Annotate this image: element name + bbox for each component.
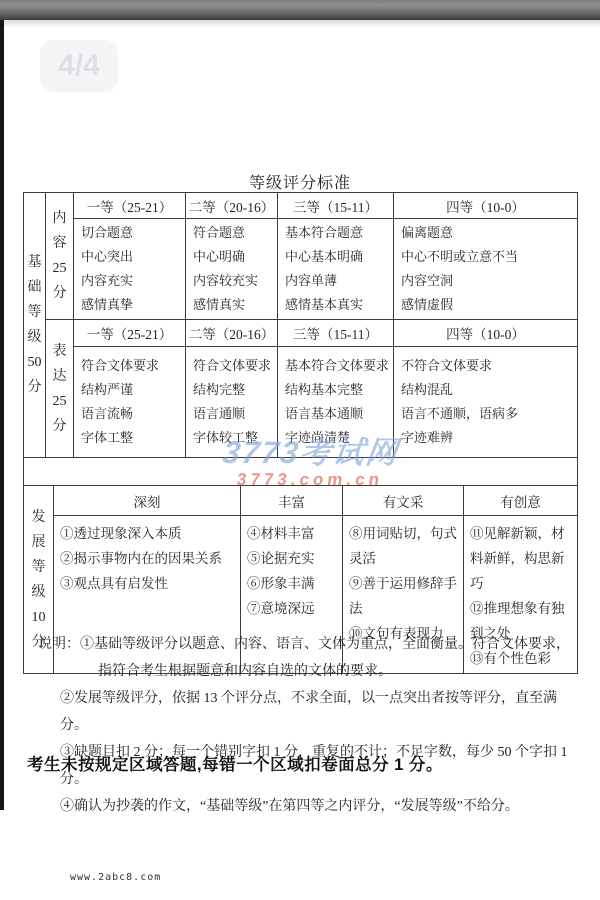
note-item-2: ②发展等级评分，依据 13 个评分点，不求全面，以一点突出者按等评分，直至满分。 bbox=[38, 685, 582, 739]
top-bar-shadow bbox=[0, 20, 600, 28]
region-warning-text: 考生未按规定区域答题,每错一个区域扣卷面总分 1 分。 bbox=[27, 751, 587, 775]
expression-grade2-header: 二等（20-16） bbox=[186, 320, 278, 347]
top-gradient-bar bbox=[0, 0, 600, 20]
dev-category4-header: 有创意 bbox=[464, 486, 578, 516]
rubric-title: 等级评分标准 bbox=[23, 170, 577, 193]
content-header-row: 基 础 等 级 50 分 内 容 25 分 一等（25-21） 二等（20-16… bbox=[24, 193, 578, 219]
expression-grade1-header: 一等（25-21） bbox=[74, 320, 186, 347]
basic-level-table: 基 础 等 级 50 分 内 容 25 分 一等（25-21） 二等（20-16… bbox=[23, 192, 578, 486]
scoring-table: 基 础 等 级 50 分 内 容 25 分 一等（25-21） 二等（20-16… bbox=[23, 192, 577, 674]
content-grade3-header: 三等（15-11） bbox=[278, 193, 394, 219]
note-item-4: ④确认为抄袭的作文，“基础等级”在第四等之内评分，“发展等级”不给分。 bbox=[38, 793, 582, 820]
dev-category1-header: 深刻 bbox=[54, 486, 241, 516]
expression-header-row: 表 达 25 分 一等（25-21） 二等（20-16） 三等（15-11） 四… bbox=[24, 320, 578, 347]
content-grade1-criteria: 切合题意 中心突出 内容充实 感情真挚 bbox=[74, 219, 186, 320]
dev-category2-header: 丰富 bbox=[241, 486, 343, 516]
notes-label: 说明： bbox=[38, 631, 80, 685]
content-grade4-criteria: 偏离题意 中心不明或立意不当 内容空洞 感情虚假 bbox=[394, 219, 578, 320]
expression-grade4-header: 四等（10-0） bbox=[394, 320, 578, 347]
spacer-row bbox=[24, 458, 578, 486]
content-criteria-row: 切合题意 中心突出 内容充实 感情真挚 符合题意 中心明确 内容较充实 感情真实… bbox=[24, 219, 578, 320]
notes-section: 说明： ①基础等级评分以题意、内容、语言、文体为重点，全面衡量。符合文体要求，指… bbox=[38, 631, 582, 820]
spacer-cell bbox=[24, 458, 578, 486]
dev-category3-header: 有文采 bbox=[343, 486, 464, 516]
footer-url: www.2abc8.com bbox=[70, 872, 161, 883]
basic-level-row-label: 基 础 等 级 50 分 bbox=[24, 193, 46, 458]
expression-grade3-header: 三等（15-11） bbox=[278, 320, 394, 347]
expression-grade1-criteria: 符合文体要求 结构严谨 语言流畅 字体工整 bbox=[74, 347, 186, 458]
expression-grade2-criteria: 符合文体要求 结构完整 语言通顺 字体较工整 bbox=[186, 347, 278, 458]
page-left-edge bbox=[0, 20, 4, 810]
expression-grade3-criteria: 基本符合文体要求 结构基本完整 语言基本通顺 字迹尚清楚 bbox=[278, 347, 394, 458]
development-header-row: 发 展 等 级 10 分 深刻 丰富 有文采 有创意 bbox=[24, 486, 578, 516]
expression-grade4-criteria: 不符合文体要求 结构混乱 语言不通顺，语病多 字迹难辨 bbox=[394, 347, 578, 458]
content-grade4-header: 四等（10-0） bbox=[394, 193, 578, 219]
note-item-1: ①基础等级评分以题意、内容、语言、文体为重点，全面衡量。符合文体要求，指符合考生… bbox=[80, 631, 582, 685]
page-indicator-label: 4/4 bbox=[58, 49, 100, 83]
content-grade3-criteria: 基本符合题意 中心基本明确 内容单薄 感情基本真实 bbox=[278, 219, 394, 320]
page-indicator-badge: 4/4 bbox=[40, 40, 118, 92]
note-line-1: 说明： ①基础等级评分以题意、内容、语言、文体为重点，全面衡量。符合文体要求，指… bbox=[38, 631, 582, 685]
expression-section-label: 表 达 25 分 bbox=[46, 320, 74, 458]
content-section-label: 内 容 25 分 bbox=[46, 193, 74, 320]
expression-criteria-row: 符合文体要求 结构严谨 语言流畅 字体工整 符合文体要求 结构完整 语言通顺 字… bbox=[24, 347, 578, 458]
content-grade1-header: 一等（25-21） bbox=[74, 193, 186, 219]
content-grade2-header: 二等（20-16） bbox=[186, 193, 278, 219]
content-grade2-criteria: 符合题意 中心明确 内容较充实 感情真实 bbox=[186, 219, 278, 320]
